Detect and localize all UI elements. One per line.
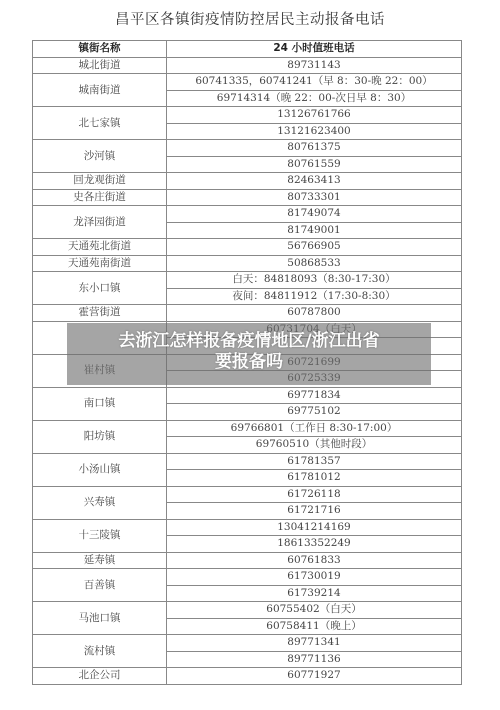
town-name-cell: 兴寿镇: [33, 486, 167, 519]
town-name-cell: 龙泽园街道: [33, 206, 167, 239]
table-header-row: 镇街名称 24 小时值班电话: [33, 41, 462, 58]
town-name-cell: 天通苑南街道: [33, 255, 167, 272]
header-town-name: 镇街名称: [33, 41, 167, 58]
town-name-cell: 城南街道: [33, 74, 167, 107]
table-row: 龙泽园街道81749074: [33, 206, 462, 223]
phone-cell: 89771341: [167, 635, 462, 652]
table-row: 十三陵镇13041214169: [33, 519, 462, 536]
phone-cell: 18613352249: [167, 536, 462, 553]
caption-line-1: 去浙江怎样报备疫情地区/浙江出省: [67, 331, 431, 352]
table-row: 南口镇69771834: [33, 387, 462, 404]
phone-cell: 80761559: [167, 156, 462, 173]
phone-cell: 89731143: [167, 57, 462, 74]
phone-cell: 13121623400: [167, 123, 462, 140]
table-row: 马池口镇60755402（白天）: [33, 602, 462, 619]
phone-cell: 69771834: [167, 387, 462, 404]
phone-cell: 60761833: [167, 552, 462, 569]
table-row: 流村镇89771341: [33, 635, 462, 652]
phone-cell: 60787800: [167, 305, 462, 322]
town-name-cell: 城北街道: [33, 57, 167, 74]
town-name-cell: 十三陵镇: [33, 519, 167, 552]
phone-cell: 60771927: [167, 668, 462, 685]
phone-cell: 50868533: [167, 255, 462, 272]
table-row: 城南街道60741335，60741241（早 8：30-晚 22：00）: [33, 74, 462, 91]
town-name-cell: 阳坊镇: [33, 420, 167, 453]
phone-cell: 56766905: [167, 239, 462, 256]
table-row: 百善镇61730019: [33, 569, 462, 586]
town-name-cell: 百善镇: [33, 569, 167, 602]
table-row: 北企公司60771927: [33, 668, 462, 685]
phone-cell: 61726118: [167, 486, 462, 503]
town-name-cell: 马池口镇: [33, 602, 167, 635]
town-name-cell: 南口镇: [33, 387, 167, 420]
phone-cell: 80733301: [167, 189, 462, 206]
table-row: 回龙观街道82463413: [33, 173, 462, 190]
table-row: 天通苑南街道50868533: [33, 255, 462, 272]
phone-cell: 82463413: [167, 173, 462, 190]
table-row: 兴寿镇61726118: [33, 486, 462, 503]
town-name-cell: 回龙观街道: [33, 173, 167, 190]
phone-cell: 13126761766: [167, 107, 462, 124]
town-name-cell: 小汤山镇: [33, 453, 167, 486]
phone-cell: 61730019: [167, 569, 462, 586]
town-name-cell: 延寿镇: [33, 552, 167, 569]
phone-cell: 61781357: [167, 453, 462, 470]
table-row: 阳坊镇69766801（工作日 8:30-17:00）: [33, 420, 462, 437]
phone-cell: 60755402（白天）: [167, 602, 462, 619]
phone-cell: 81749001: [167, 222, 462, 239]
phone-cell: 81749074: [167, 206, 462, 223]
phone-cell: 69775102: [167, 404, 462, 421]
phone-cell: 89771136: [167, 651, 462, 668]
town-name-cell: 北企公司: [33, 668, 167, 685]
town-name-cell: 天通苑北街道: [33, 239, 167, 256]
document-title: 昌平区各镇街疫情防控居民主动报备电话: [0, 8, 500, 29]
caption-line-2: 要报备吗: [67, 352, 431, 373]
table-row: 沙河镇80761375: [33, 140, 462, 157]
phone-cell: 69760510（其他时段）: [167, 437, 462, 454]
phone-cell: 61781012: [167, 470, 462, 487]
phone-cell: 60758411（晚上）: [167, 618, 462, 635]
phone-cell: 白天：84818093（8:30-17:30）: [167, 272, 462, 289]
phone-cell: 61721716: [167, 503, 462, 520]
table-row: 北七家镇13126761766: [33, 107, 462, 124]
town-name-cell: 东小口镇: [33, 272, 167, 305]
caption-text: 去浙江怎样报备疫情地区/浙江出省 要报备吗: [67, 323, 431, 373]
table-row: 小汤山镇61781357: [33, 453, 462, 470]
town-name-cell: 流村镇: [33, 635, 167, 668]
table-row: 东小口镇白天：84818093（8:30-17:30）: [33, 272, 462, 289]
town-name-cell: 北七家镇: [33, 107, 167, 140]
header-phone: 24 小时值班电话: [167, 41, 462, 58]
phone-cell: 69766801（工作日 8:30-17:00）: [167, 420, 462, 437]
phone-cell: 69714314（晚 22：00-次日早 8：30）: [167, 90, 462, 107]
phone-cell: 60741335，60741241（早 8：30-晚 22：00）: [167, 74, 462, 91]
phone-cell: 80761375: [167, 140, 462, 157]
town-name-cell: 霍营街道: [33, 305, 167, 322]
phone-cell: 61739214: [167, 585, 462, 602]
table-row: 史各庄街道80733301: [33, 189, 462, 206]
table-row: 天通苑北街道56766905: [33, 239, 462, 256]
town-name-cell: 沙河镇: [33, 140, 167, 173]
phone-cell: 13041214169: [167, 519, 462, 536]
town-name-cell: 史各庄街道: [33, 189, 167, 206]
table-row: 霍营街道60787800: [33, 305, 462, 322]
table-row: 延寿镇60761833: [33, 552, 462, 569]
phone-cell: 夜间：84811912（17:30-8:30）: [167, 288, 462, 305]
table-row: 城北街道89731143: [33, 57, 462, 74]
